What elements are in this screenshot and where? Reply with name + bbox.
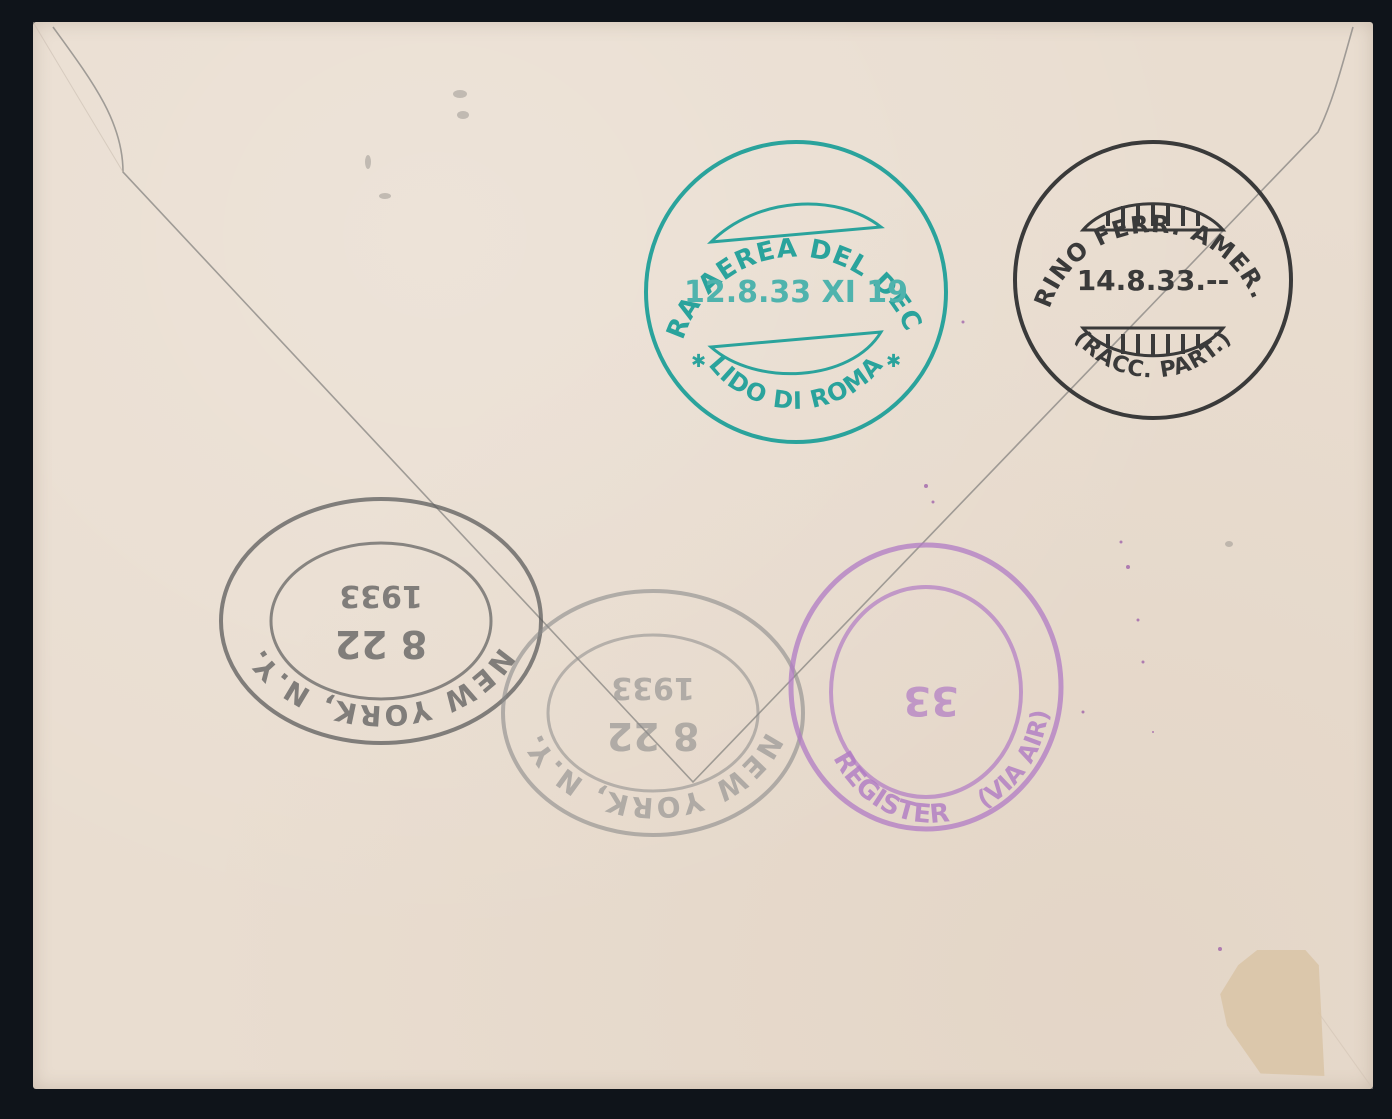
postmark-newyork-2: NEW YORK, N.Y. 8 22 1933 [493,574,813,848]
postmark-torino: TORINO FERR. AMER. CA (RACC. PART.) 14.8… [1003,130,1303,434]
envelope-back: CROCIERA AEREA DEL DECENNALE LIDO DI ROM… [33,22,1373,1089]
newyork-1-year: 1933 [339,578,423,613]
postmark-registered: REGISTERED (VIA AIR) 33 [781,532,1071,846]
newyork-2-day: 8 22 [607,714,700,758]
crociera-date: 12.8.33 XI 19 [684,275,908,310]
newyork-2-year: 1933 [611,670,695,705]
registered-center: 33 [903,677,959,723]
svg-text:CROCIERA AEREA DEL DECENNALE: CROCIERA AEREA DEL DECENNALE [636,132,928,343]
torino-date: 14.8.33.-- [1077,264,1230,297]
svg-text:✱: ✱ [691,351,706,372]
crociera-top-text: CROCIERA AEREA DEL DECENNALE [636,132,928,343]
svg-text:✱: ✱ [886,351,901,372]
postmark-crociera: CROCIERA AEREA DEL DECENNALE LIDO DI ROM… [636,132,956,456]
newyork-1-day: 8 22 [335,622,428,666]
